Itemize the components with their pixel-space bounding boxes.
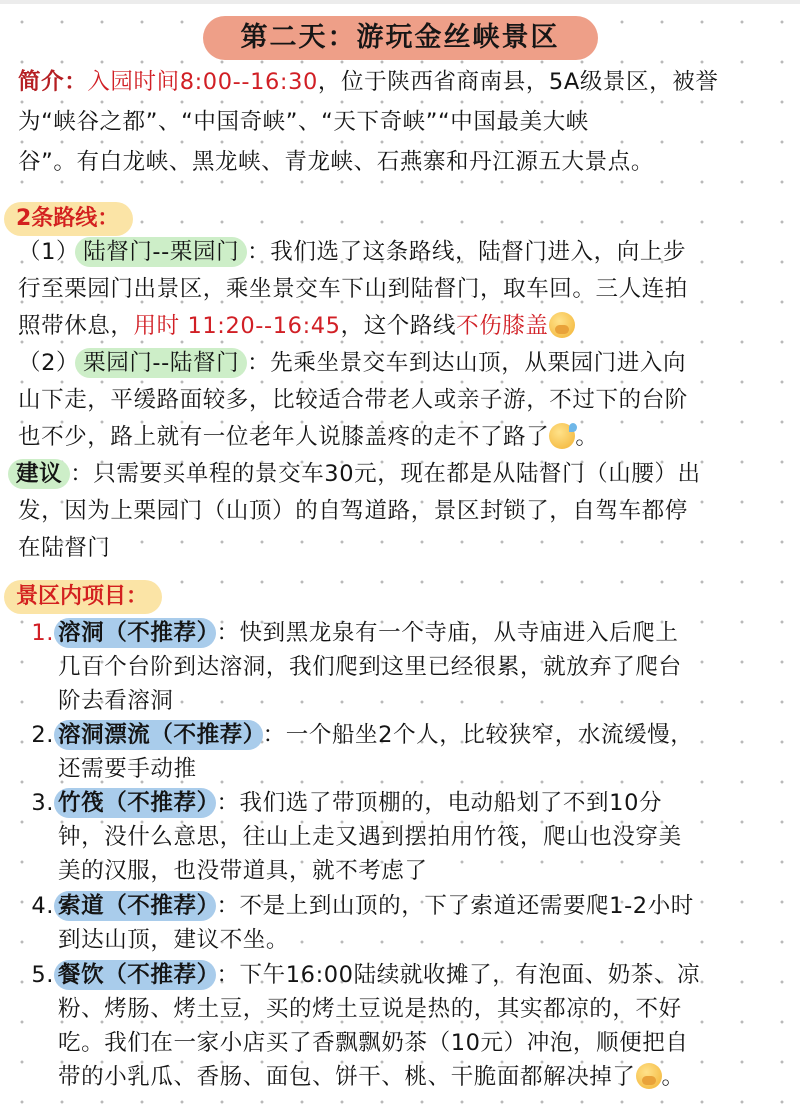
route-text: 照带休息， — [18, 313, 134, 339]
face-with-hand-over-mouth-icon — [636, 1063, 662, 1089]
intro-text: 为“峡谷之都”、“中国奇峡”、“天下奇峡”“中国最美大峡 — [18, 102, 788, 142]
title-section: 第二天：游玩金丝峡景区 — [0, 16, 800, 60]
item-name: 竹筏（不推荐） — [54, 788, 216, 818]
route1-name: 陆督门--栗园门 — [75, 237, 247, 267]
item-text: 阶去看溶洞 — [30, 684, 790, 718]
route-text: ，这个路线 — [341, 313, 457, 339]
projects-label: 景区内项目： — [4, 580, 162, 614]
route-text: ：先乘坐景交车到达山顶，从栗园门进入向 — [247, 350, 686, 376]
intro-paragraph: 简介：入园时间8:00--16:30，位于陕西省商南县，5A级景区，被誉 为“峡… — [18, 62, 788, 182]
intro-text: 谷”。有白龙峡、黑龙峡、青龙峡、石燕寨和丹江源五大景点。 — [18, 142, 788, 182]
route2-name: 栗园门--陆督门 — [75, 348, 247, 378]
item-text: 到达山顶，建议不坐。 — [30, 923, 790, 957]
item-number: 3. — [30, 786, 54, 820]
route-text: 山下走，平缓路面较多，比较适合带老人或亲子游，不过下的台阶 — [18, 382, 788, 419]
project-item: 1.溶洞（不推荐）：快到黑龙泉有一个寺庙，从寺庙进入后爬上 几百个台阶到达溶洞，… — [30, 616, 790, 718]
page-title: 第二天：游玩金丝峡景区 — [203, 16, 598, 60]
top-border — [0, 0, 800, 4]
item-name: 溶洞（不推荐） — [54, 618, 216, 648]
intro-label: 简介： — [18, 69, 87, 95]
grinning-face-with-sweat-icon — [549, 423, 575, 449]
route-text: ：我们选了这条路线，陆督门进入，向上步 — [247, 239, 686, 265]
item-number: 5. — [30, 958, 54, 992]
face-with-hand-over-mouth-icon — [549, 312, 575, 338]
routes-label: 2条路线： — [4, 202, 133, 236]
route-text: 。 — [575, 424, 598, 450]
item-name: 溶洞漂流（不推荐） — [54, 720, 263, 750]
item-number: 2. — [30, 718, 54, 752]
item-text: 还需要手动推 — [30, 752, 790, 786]
item-text: 美的汉服，也没带道具，就不考虑了 — [30, 854, 790, 888]
item-number: 4. — [30, 889, 54, 923]
project-item: 2.溶洞漂流（不推荐）：一个船坐2个人，比较狭窄，水流缓慢， 还需要手动推 — [30, 718, 790, 786]
advice-text: 在陆督门 — [18, 530, 788, 567]
route-text: 行至栗园门出景区，乘坐景交车下山到陆督门，取车回。三人连拍 — [18, 271, 788, 308]
item-name: 索道（不推荐） — [54, 891, 216, 921]
project-item: 4.索道（不推荐）：不是上到山顶的，下了索道还需要爬1-2小时 到达山顶，建议不… — [30, 889, 790, 957]
item-name: 餐饮（不推荐） — [54, 960, 216, 990]
route-prefix: （1） — [18, 239, 79, 265]
advice-text: 发，因为上栗园门（山顶）的自驾道路，景区封锁了，自驾车都停 — [18, 493, 788, 530]
route-prefix: （2） — [18, 350, 79, 376]
item-text: ：快到黑龙泉有一个寺庙，从寺庙进入后爬上 — [216, 620, 678, 646]
item-text: 带的小乳瓜、香肠、面包、饼干、桃、干脆面都解决掉了 — [58, 1064, 636, 1090]
item-text: ：一个船坐2个人，比较狭窄，水流缓慢， — [263, 722, 694, 748]
item-text: ：不是上到山顶的，下了索道还需要爬1-2小时 — [216, 893, 693, 919]
route1-highlight: 不伤膝盖 — [456, 313, 548, 339]
opening-hours: 入园时间8:00--16:30 — [87, 69, 318, 95]
item-text: 。 — [662, 1064, 685, 1090]
route-text: 也不少，路上就有一位老年人说膝盖疼的走不了路了 — [18, 424, 549, 450]
item-text: 粉、烤肠、烤土豆，买的烤土豆说是热的，其实都凉的，不好 — [30, 992, 790, 1026]
project-item: 3.竹筏（不推荐）：我们选了带顶棚的，电动船划了不到10分 钟，没什么意思，往山… — [30, 786, 790, 888]
item-text: ：下午16:00陆续就收摊了，有泡面、奶茶、凉 — [216, 962, 700, 988]
item-text: 几百个台阶到达溶洞，我们爬到这里已经很累，就放弃了爬台 — [30, 650, 790, 684]
advice-text: ：只需要买单程的景交车30元，现在都是从陆督门（山腰）出 — [70, 461, 700, 487]
routes-paragraph: （1）陆督门--栗园门：我们选了这条路线，陆督门进入，向上步 行至栗园门出景区，… — [18, 234, 788, 567]
item-text: 钟，没什么意思，往山上走又遇到摆拍用竹筏，爬山也没穿美 — [30, 820, 790, 854]
item-text: ：我们选了带顶棚的，电动船划了不到10分 — [216, 790, 662, 816]
project-item: 5.餐饮（不推荐）：下午16:00陆续就收摊了，有泡面、奶茶、凉 粉、烤肠、烤土… — [30, 958, 790, 1094]
route1-time: 用时 11:20--16:45 — [134, 313, 341, 339]
advice-label: 建议 — [8, 459, 70, 489]
item-number: 1. — [30, 616, 54, 650]
intro-text: ，位于陕西省商南县，5A级景区，被誉 — [318, 69, 719, 95]
item-text: 吃。我们在一家小店买了香飘飘奶茶（10元）冲泡，顺便把自 — [30, 1026, 790, 1060]
